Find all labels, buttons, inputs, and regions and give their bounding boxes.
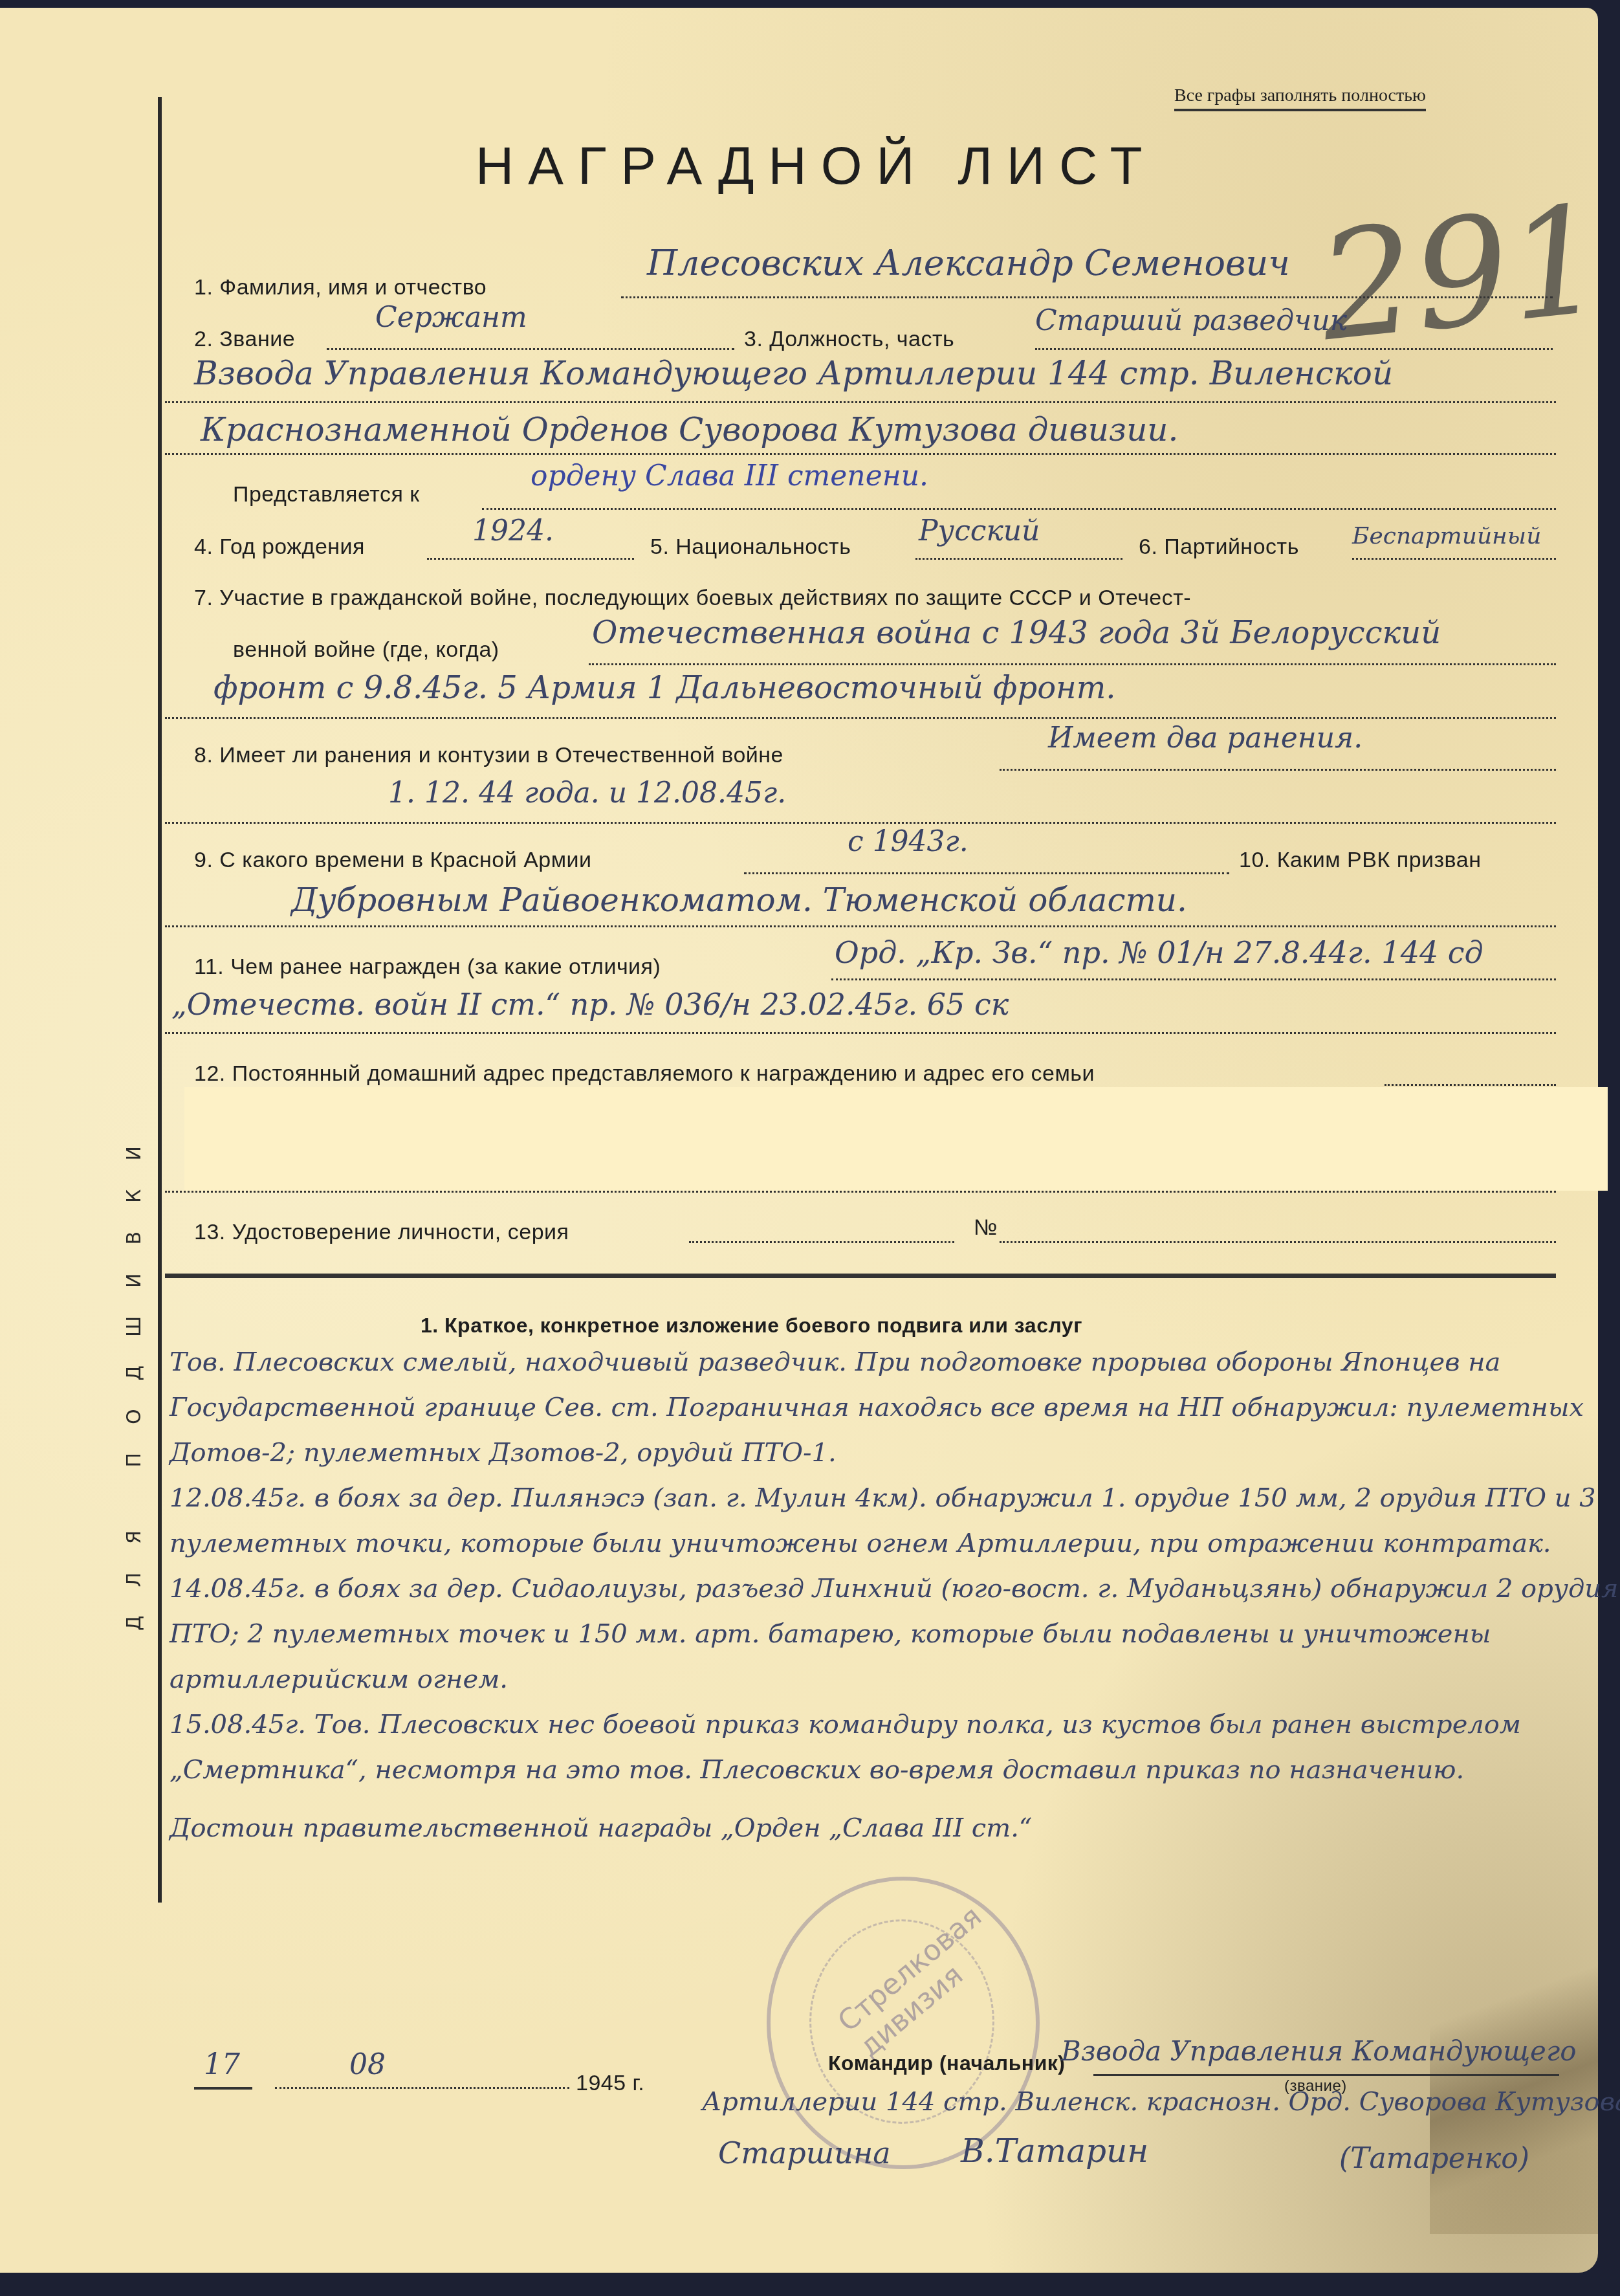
field-position-value-3: Краснознаменной Орденов Суворова Кутузов… xyxy=(201,411,1178,448)
section-divider xyxy=(165,1274,1556,1278)
narrative-paragraph: 15.08.45г. Тов. Плесовских нес боевой пр… xyxy=(170,1702,1619,1793)
date-day: 17 xyxy=(204,2048,240,2081)
section1-heading: 1. Краткое, конкретное изложение боевого… xyxy=(421,1314,1082,1338)
fill-all-fields-note: Все графы заполнять полностью xyxy=(1174,85,1426,111)
commander-name: (Татаренко) xyxy=(1339,2142,1529,2175)
date-year: 1945 г. xyxy=(576,2071,644,2096)
field-position-line-2 xyxy=(165,401,1556,403)
commander-label: Командир (начальник) xyxy=(828,2051,1065,2075)
field-war-value-2: фронт с 9.8.45г. 5 Армия 1 Дальневосточн… xyxy=(213,670,1115,706)
nominated-line xyxy=(482,508,1556,510)
field-war-label-1: 7. Участие в гражданской войне, последую… xyxy=(194,586,1191,611)
field-rvk-label: 10. Каким РВК призван xyxy=(1239,848,1482,873)
field-birth-year-value: 1924. xyxy=(472,514,554,547)
commander-signature: В.Татарин xyxy=(961,2132,1148,2170)
year-suffix: г. xyxy=(633,2071,645,2095)
field-army-since-value: с 1943г. xyxy=(848,825,969,858)
commander-title-1: Взвода Управления Командующего xyxy=(1061,2035,1576,2067)
commander-title-2: Артиллерии 144 стр. Виленск. краснозн. О… xyxy=(702,2087,1620,2117)
field-wounds-line-2 xyxy=(165,822,1556,824)
binding-margin-text: ДЛЯ ПОДШИВКИ xyxy=(123,1118,146,1631)
narrative-paragraph: Тов. Плесовских смелый, находчивый разве… xyxy=(170,1340,1619,1475)
field-position-label: 3. Должность, часть xyxy=(744,327,954,352)
field-position-line-3 xyxy=(165,453,1556,455)
field-prev-awards-value-2: „Отечеств. войн II ст.“ пр. № 036/н 23.0… xyxy=(171,987,1009,1022)
field-prev-awards-value-1: Орд. „Кр. Зв.“ пр. № 01/н 27.8.44г. 144 … xyxy=(835,935,1483,970)
commander-rank: Старшина xyxy=(718,2136,891,2170)
field-id-label: 13. Удостоверение личности, серия xyxy=(194,1220,569,1245)
nominated-value: ордену Слава III степени. xyxy=(531,459,928,492)
field-party-value: Беспартийный xyxy=(1352,523,1541,549)
field-nationality-line xyxy=(915,558,1122,560)
field-army-since-line xyxy=(744,872,1229,874)
field-war-line-1 xyxy=(589,663,1556,665)
narrative-paragraph: 14.08.45г. в боях за дер. Сидаолиузы, ра… xyxy=(170,1566,1619,1702)
field-nationality-label: 5. Национальность xyxy=(650,535,851,560)
nominated-label: Представляется к xyxy=(233,482,420,507)
field-wounds-value-2: 1. 12. 44 года. и 12.08.45г. xyxy=(388,777,786,810)
field-position-line-1 xyxy=(1035,348,1553,350)
field-rank-value: Сержант xyxy=(375,301,527,334)
field-address-label: 12. Постоянный домашний адрес представля… xyxy=(194,1061,1095,1087)
date-month-line xyxy=(275,2087,569,2089)
field-wounds-line-1 xyxy=(1000,769,1556,771)
field-wounds-label: 8. Имеет ли ранения и контузии в Отечест… xyxy=(194,743,783,768)
field-prev-awards-line-2 xyxy=(165,1032,1556,1034)
field-birth-year-label: 4. Год рождения xyxy=(194,535,365,560)
field-war-label-2: венной войне (где, когда) xyxy=(233,637,499,663)
field-name-value: Плесовских Александр Семенович xyxy=(647,243,1290,283)
field-war-line-2 xyxy=(165,717,1556,719)
binding-margin-line xyxy=(158,97,162,1903)
field-rvk-line xyxy=(165,925,1556,927)
field-nationality-value: Русский xyxy=(919,514,1040,547)
field-name-line xyxy=(621,296,1553,298)
field-birth-year-line xyxy=(427,558,634,560)
field-wounds-value-1: Имеет два ранения. xyxy=(1048,722,1363,755)
narrative-conclusion: Достоин правительственной награды „Орден… xyxy=(170,1805,1619,1851)
field-prev-awards-line-1 xyxy=(831,978,1556,980)
field-position-value-2: Взвода Управления Командующего Артиллери… xyxy=(194,355,1393,392)
field-id-number-line xyxy=(1000,1241,1556,1243)
year-value: 1945 xyxy=(576,2071,626,2095)
field-prev-awards-label: 11. Чем ранее награжден (за какие отличи… xyxy=(194,955,661,980)
section1-narrative: Тов. Плесовских смелый, находчивый разве… xyxy=(170,1340,1619,1851)
archive-number: 291 xyxy=(1311,173,1612,375)
field-rvk-value: Дубровным Райвоенкоматом. Тюменской обла… xyxy=(291,881,1187,919)
field-address-line-2 xyxy=(165,1191,1556,1193)
field-rank-label: 2. Звание xyxy=(194,327,295,352)
field-position-value-1: Старший разведчик xyxy=(1035,304,1347,337)
field-id-series-line xyxy=(689,1241,954,1243)
date-day-line xyxy=(194,2087,252,2090)
field-address-line-1 xyxy=(1385,1084,1556,1086)
field-rank-line xyxy=(327,348,734,350)
field-army-since-label: 9. С какого времени в Красной Армии xyxy=(194,848,592,873)
field-name-label: 1. Фамилия, имя и отчество xyxy=(194,275,487,300)
field-id-number-label: № xyxy=(974,1215,998,1241)
commander-title-line xyxy=(1093,2074,1559,2076)
official-seal-stamp: Стрелковая дивизия xyxy=(767,1877,1040,2169)
folded-corner xyxy=(1430,1910,1598,2234)
narrative-paragraph: 12.08.45г. в боях за дер. Пилянэсэ (зап.… xyxy=(170,1475,1619,1566)
date-month: 08 xyxy=(349,2048,386,2081)
document-title: НАГРАДНОЙ ЛИСТ xyxy=(476,136,1157,197)
redacted-address-area xyxy=(184,1087,1608,1191)
field-party-label: 6. Партийность xyxy=(1139,535,1299,560)
field-party-line xyxy=(1352,558,1556,560)
field-war-value-1: Отечественная война с 1943 года 3й Белор… xyxy=(592,615,1441,651)
